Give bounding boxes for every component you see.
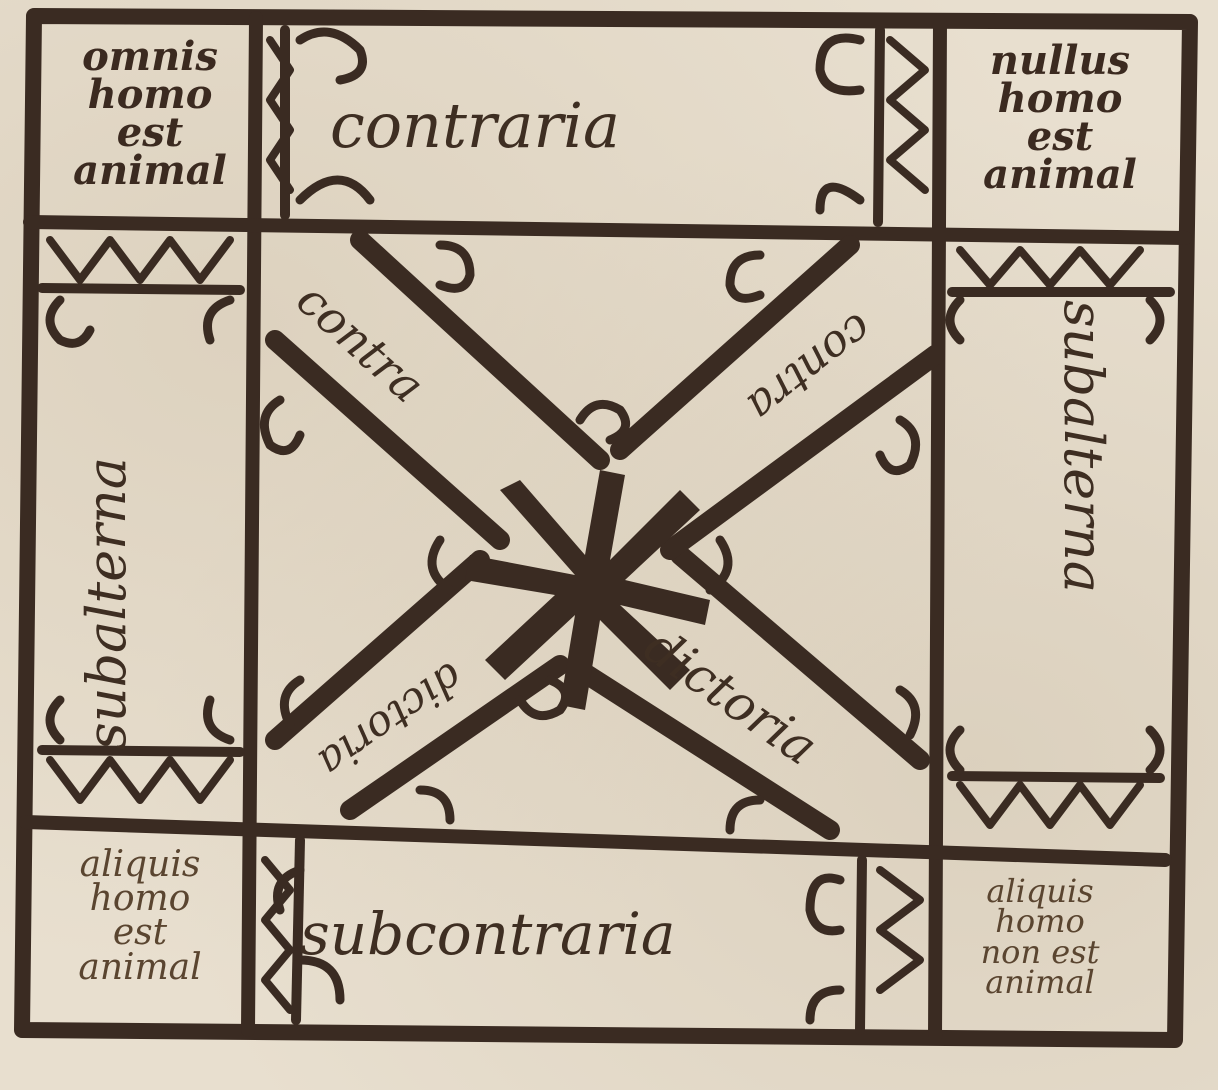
- relation-subalterna-right: subalterna: [1056, 300, 1110, 593]
- relation-subalterna-left: subalterna: [80, 457, 134, 750]
- proposition-o-bottom-right: aliquis homo non est animal: [945, 876, 1135, 998]
- relation-subcontraria: subcontraria: [300, 905, 675, 963]
- proposition-i-bottom-left: aliquis homo est animal: [45, 848, 235, 985]
- proposition-a-top-left: omnis homo est animal: [55, 38, 245, 190]
- proposition-e-top-right: nullus homo est animal: [960, 42, 1160, 194]
- relation-contraria: contraria: [330, 95, 620, 157]
